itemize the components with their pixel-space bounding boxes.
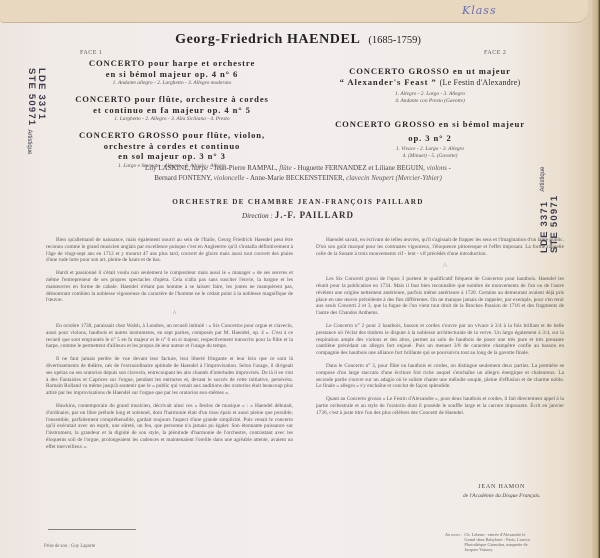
notes-paragraph: Hardi et passionné il s'était voulu non …: [46, 270, 293, 304]
performer: Lily LASKINE, harpe: [145, 164, 208, 172]
liner-notes-right: Haendel savait, en écrivant de telles œu…: [316, 237, 564, 423]
work-title: CONCERTO GROSSO en si bémol majeur op. 3…: [330, 119, 530, 143]
work-title: CONCERTO GROSSO en ut majeur “ Alexander…: [330, 66, 530, 88]
face1-work: CONCERTO pour harpe et orchestre en si b…: [72, 58, 272, 87]
face2-label: FACE 2: [484, 50, 506, 56]
notes-author: JEAN HAMON de l'Académie du Disque Franç…: [463, 484, 540, 499]
notes-paragraph: Haendel savait, en écrivant de telles œu…: [316, 237, 564, 257]
section-separator: ∴: [46, 310, 293, 317]
face1-work: CONCERTO pour flûte, orchestre à cordes …: [72, 94, 272, 123]
performer: Huguette FERNANDEZ et Liliane BEGUIN, vi…: [298, 164, 447, 172]
catalog-stereo: STE 50971: [26, 68, 36, 126]
composer-header: Georg-Friedrich HAENDEL (1685-1759): [0, 30, 596, 48]
conductor-name: J.-F. PAILLARD: [275, 210, 354, 220]
composer-name: Georg-Friedrich HAENDEL: [175, 32, 360, 47]
catalog-number-left: LDE 3371 STE 50971 Artistique: [26, 68, 46, 154]
work-movements: 1. Andante allegro - 2. Larghetto - 3. A…: [72, 80, 272, 87]
performers-list: Lily LASKINE, harpe - Jean-Pierre RAMPAL…: [96, 164, 500, 183]
performer: Jean-Pierre RAMPAL, flûte: [214, 164, 292, 172]
work-subtitle: “ Alexander's Feast ”: [340, 77, 437, 87]
face1-label: FACE 1: [80, 50, 102, 56]
work-movements: 1. Allegro - 2. Largo - 3. Allegro 4. An…: [330, 91, 530, 105]
notes-paragraph: Quant au Concerto grosso « Le Festin d'A…: [316, 396, 564, 416]
notes-paragraph: Hawkins, contemporain du grand musicien,…: [46, 403, 293, 451]
work-title: CONCERTO GROSSO pour flûte, violon, orch…: [72, 130, 272, 162]
divider: [48, 529, 136, 530]
author-affiliation: de l'Académie du Disque Français.: [463, 493, 540, 499]
direction-label: Direction :: [242, 212, 273, 220]
cover-art-credit: Au recto : Ch. Lebrun - entrée d'Alexand…: [445, 532, 534, 552]
notes-paragraph: En octobre 1738, paraissait chez Walsh, …: [46, 323, 293, 350]
work-subtitle-note: (Le Festin d'Alexandre): [440, 78, 521, 87]
notes-paragraph: Dans le Concerto n° 3, pour flûte ou hau…: [316, 363, 564, 390]
catalog-mono: LDE 3371: [36, 68, 46, 126]
face2-tracklist: CONCERTO GROSSO en ut majeur “ Alexander…: [330, 66, 530, 167]
handwritten-note: Klass: [462, 4, 497, 17]
label-name: Artistique: [26, 129, 32, 154]
work-movements: 1. Vivace - 2. Largo - 3. Allegro 4. (Mi…: [330, 146, 530, 160]
face2-work: CONCERTO GROSSO en si bémol majeur op. 3…: [330, 119, 530, 160]
notes-paragraph: Le Concerto n° 2 pour 2 hautbois, basson…: [316, 323, 564, 357]
notes-paragraph: Les Six Concerti grossi de l'opus 3 port…: [316, 276, 564, 317]
cover-credit-text: Ch. Lebrun - entrée d'Alexandre le Grand…: [464, 532, 534, 552]
work-title: CONCERTO pour flûte, orchestre à cordes …: [72, 94, 272, 115]
section-separator: ∴: [316, 263, 564, 270]
notes-paragraph: Bien qu'allemand de naissance, mais égal…: [46, 237, 293, 264]
composer-dates: (1685-1759): [368, 35, 421, 46]
performer: Bernard FONTENY, violoncelle: [154, 174, 244, 182]
conductor: Direction : J.-F. PAILLARD: [0, 210, 596, 220]
cover-credit-label: Au recto :: [445, 532, 462, 552]
author-name: JEAN HAMON: [463, 484, 540, 490]
face2-work: CONCERTO GROSSO en ut majeur “ Alexander…: [330, 66, 530, 105]
sleeve-edge: [592, 0, 600, 558]
label-name: Artistique: [540, 167, 546, 192]
orchestra-name: ORCHESTRE DE CHAMBRE JEAN-FRANÇOIS PAILL…: [0, 198, 596, 206]
liner-notes-left: Bien qu'allemand de naissance, mais égal…: [46, 237, 293, 457]
sleeve-flap: [0, 0, 588, 23]
notes-paragraph: Il ne faut jamais perdre de vue devant l…: [46, 356, 293, 397]
work-title: CONCERTO pour harpe et orchestre en si b…: [72, 58, 272, 79]
performer: Anne-Marie BECKENSTEINER, clavecin Neupe…: [250, 174, 442, 182]
sound-engineer-credit: Prise de son : Guy Laporte: [44, 544, 95, 549]
work-movements: 1. Larghetto - 2. Allegro - 3. Alla Sici…: [72, 116, 272, 123]
face1-tracklist: CONCERTO pour harpe et orchestre en si b…: [72, 58, 272, 177]
